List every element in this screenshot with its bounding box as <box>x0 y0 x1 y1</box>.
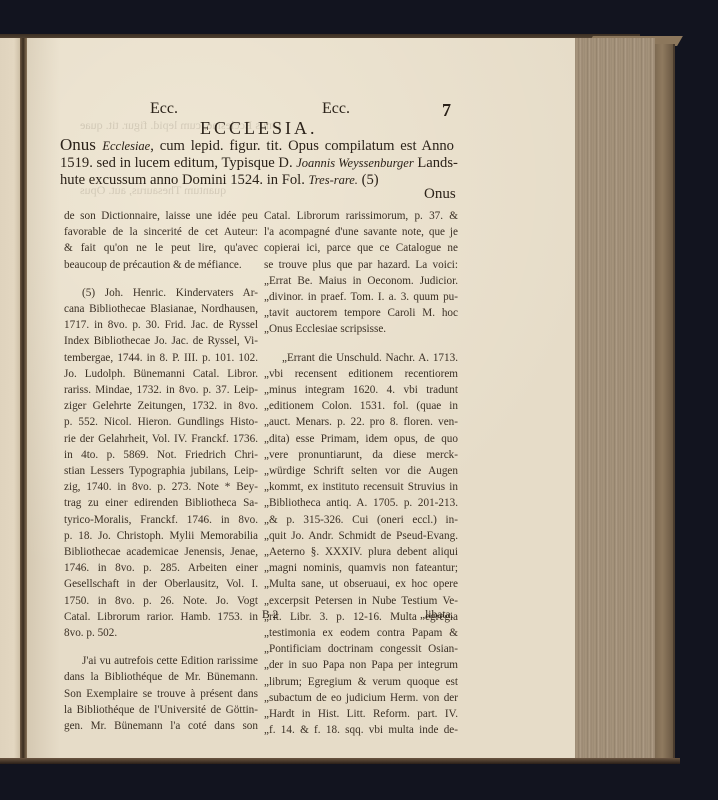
text-line: rie der Gelahrheit, Vol. IV. Franckf. 17… <box>64 431 258 447</box>
gutter <box>20 38 27 760</box>
text-line: „Multa sane, ut obseruaui, ex hoc opere <box>264 576 458 592</box>
text-line: „Aeterno §. XXXIV. plura debent aliqui <box>264 544 458 560</box>
running-head-left: Ecc. <box>150 100 178 118</box>
text-line: zig, 1740. in 8vo. p. 273. Note * Bey- <box>64 479 258 495</box>
text-line: „Onus Ecclesiae scripsisse. <box>264 321 458 337</box>
text-line: „quit Jo. Andr. Schmidt de Pseud-Evang. <box>264 528 458 544</box>
facing-page-edge <box>0 38 20 760</box>
text-line: p. 552. Nicol. Hieron. Gundlings Histo- <box>64 414 258 430</box>
entry-line: 1519. sed in lucem editum, Typisque D. J… <box>60 155 454 172</box>
text-line: „vbi recensent editionem recentiorem <box>264 366 458 382</box>
text-line: 1717. in 8vo. p. 30. Frid. Jac. de Rysse… <box>64 317 258 333</box>
text-line: „kommt, ex instituto recensuit Struvius … <box>264 479 458 495</box>
catchword-top: Onus <box>424 186 456 203</box>
text-line: p. 18. Jo. Christoph. Mylii Memorabilia <box>64 528 258 544</box>
entry-line: Onus Ecclesiae, cum lepid. figur. tit. O… <box>60 136 454 155</box>
text-line: 1746. in 8vo. p. 285. Arbeiten einer <box>64 560 258 576</box>
text-line: de son Dictionnaire, laisse une idée peu <box>64 208 258 224</box>
text-line: Gesellschaft in der Oberlausitz, Vol. I. <box>64 576 258 592</box>
text-line: rariss. Mindae, 1732. in 8vo. p. 37. Lei… <box>64 382 258 398</box>
text-line: (5) Joh. Henric. Kindervaters Ar- <box>64 285 258 301</box>
text-line: „vere pronuntiarunt, da diese merck- <box>264 447 458 463</box>
text-line: se trouve plus que par hazard. La voici: <box>264 257 458 273</box>
text-line: „divinor. in praef. Tom. I. a. 3. quum p… <box>264 289 458 305</box>
running-head-center: Ecc. <box>322 100 350 118</box>
fore-edge-page-block <box>575 38 655 760</box>
text-line: dans la Bibliothéque de Mr. Bünemann. <box>64 669 258 685</box>
text-line: 1750. in 8vo. p. 26. Note. Jo. Vogt <box>64 593 258 609</box>
text-line: la Bibliothéque de l'Université de Götti… <box>64 702 258 718</box>
text-line: Jo. Ludolph. Bünemanni Catal. Libror. <box>64 366 258 382</box>
catchword-bottom: „libata. <box>420 609 454 621</box>
paragraph-gap <box>264 338 458 350</box>
paragraph-gap <box>64 273 258 285</box>
text-line: „editionem Colon. 1531. fol. (quae in <box>264 398 458 414</box>
text-line: favorable de la sincerité de cet Auteur: <box>64 224 258 240</box>
text-line: „magni nominis, quamvis non fateantur; <box>264 560 458 576</box>
text-line: trag zu einer edirenden Bibliotheca Sa- <box>64 495 258 511</box>
text-line: „Errant die Unschuld. Nachr. A. 1713. <box>264 350 458 366</box>
text-line: „würdige Schrift selten vor die Augen <box>264 463 458 479</box>
paragraph-gap <box>64 641 258 653</box>
text-line: tembergae, 1744. in 8. P. III. p. 101. 1… <box>64 350 258 366</box>
text-line: in 4to. p. 5869. Not. Friedrich Chri- <box>64 447 258 463</box>
text-line: „Pontificiam doctrinam congessit Osian- <box>264 641 458 657</box>
text-line: „f. 14. & f. 18. sqq. vbi multa inde de- <box>264 722 458 738</box>
left-column: de son Dictionnaire, laisse une idée peu… <box>64 208 258 734</box>
text-line: gen. Mr. Bünemann l'a coté dans son <box>64 718 258 734</box>
text-line: „Hardt in Hist. Litt. Reform. part. IV. <box>264 706 458 722</box>
text-line: 8vo. p. 502. <box>64 625 258 641</box>
entry-line: hute excussum anno Domini 1524. in Fol. … <box>60 172 454 189</box>
right-column: Catal. Librorum rarissimorum, p. 37. &l'… <box>264 208 458 739</box>
text-line: „excerpsit Petersen in Nube Testium Ve- <box>264 593 458 609</box>
text-line: „Errat Be. Maius in Oeconom. Judicior. <box>264 273 458 289</box>
text-line: „Bibliotheca antiq. A. 1705. p. 201-213. <box>264 495 458 511</box>
text-line: beaucoup de précaution & de méfiance. <box>64 257 258 273</box>
text-line: & fait qu'on ne le peut lire, qu'avec <box>64 240 258 256</box>
text-line: tyrico-Moralis, Franckf. 1746. in 8vo. <box>64 512 258 528</box>
text-line: „der in suo Papa non Papa per integrum <box>264 657 458 673</box>
text-line: copierai ici, parce que ce Catalogue ne <box>264 240 458 256</box>
text-line: „testimonia ex eodem contra Papam & <box>264 625 458 641</box>
text-line: Catal. Librorum rarissimorum, p. 37. & <box>264 208 458 224</box>
text-line: „dita) esse Primam, idem opus, de quo <box>264 431 458 447</box>
text-line: Son Exemplaire se trouve à présent dans <box>64 686 258 702</box>
text-line: „auct. Menars. p. 22. pro 8. floren. ven… <box>264 414 458 430</box>
book-photo: Onus Ecclesiae, cum lepid. figur. tit. q… <box>0 0 718 800</box>
text-line: „& p. 315-326. Cui (oneri eccl.) in- <box>264 512 458 528</box>
text-line: „tavit auctorem tempore Caroli M. hoc <box>264 305 458 321</box>
text-line: cana Bibliothecae Blasianae, Nordhausen, <box>64 301 258 317</box>
bottom-shadow <box>0 758 680 764</box>
text-line: Catal. Librorum rarior. Hamb. 1753. in <box>64 609 258 625</box>
main-entry: Onus Ecclesiae, cum lepid. figur. tit. O… <box>60 136 454 189</box>
text-line: Index Bibliothecae Jo. Jac. de Ryssel, V… <box>64 333 258 349</box>
text-line: Bibliothecae academicae Jenensis, Jenae, <box>64 544 258 560</box>
text-line: l'a acompagné d'une savante note, que je <box>264 224 458 240</box>
text-line: „subactum de eo judicium Herm. von der <box>264 690 458 706</box>
text-line: „minus integram 1620. 4. vbi tradunt <box>264 382 458 398</box>
signature-mark: B 2 <box>262 609 278 621</box>
page-number: 7 <box>442 100 451 121</box>
text-line: ziger Gelehrte Zeitungen, 1732. in 8vo. <box>64 398 258 414</box>
text-line: stian Lessers Typographia jubilans, Leip… <box>64 463 258 479</box>
text-line: J'ai vu autrefois cette Edition rarissim… <box>64 653 258 669</box>
text-line: „librum; Egregium & verum quoque est <box>264 674 458 690</box>
book-cover-edge <box>655 44 675 758</box>
